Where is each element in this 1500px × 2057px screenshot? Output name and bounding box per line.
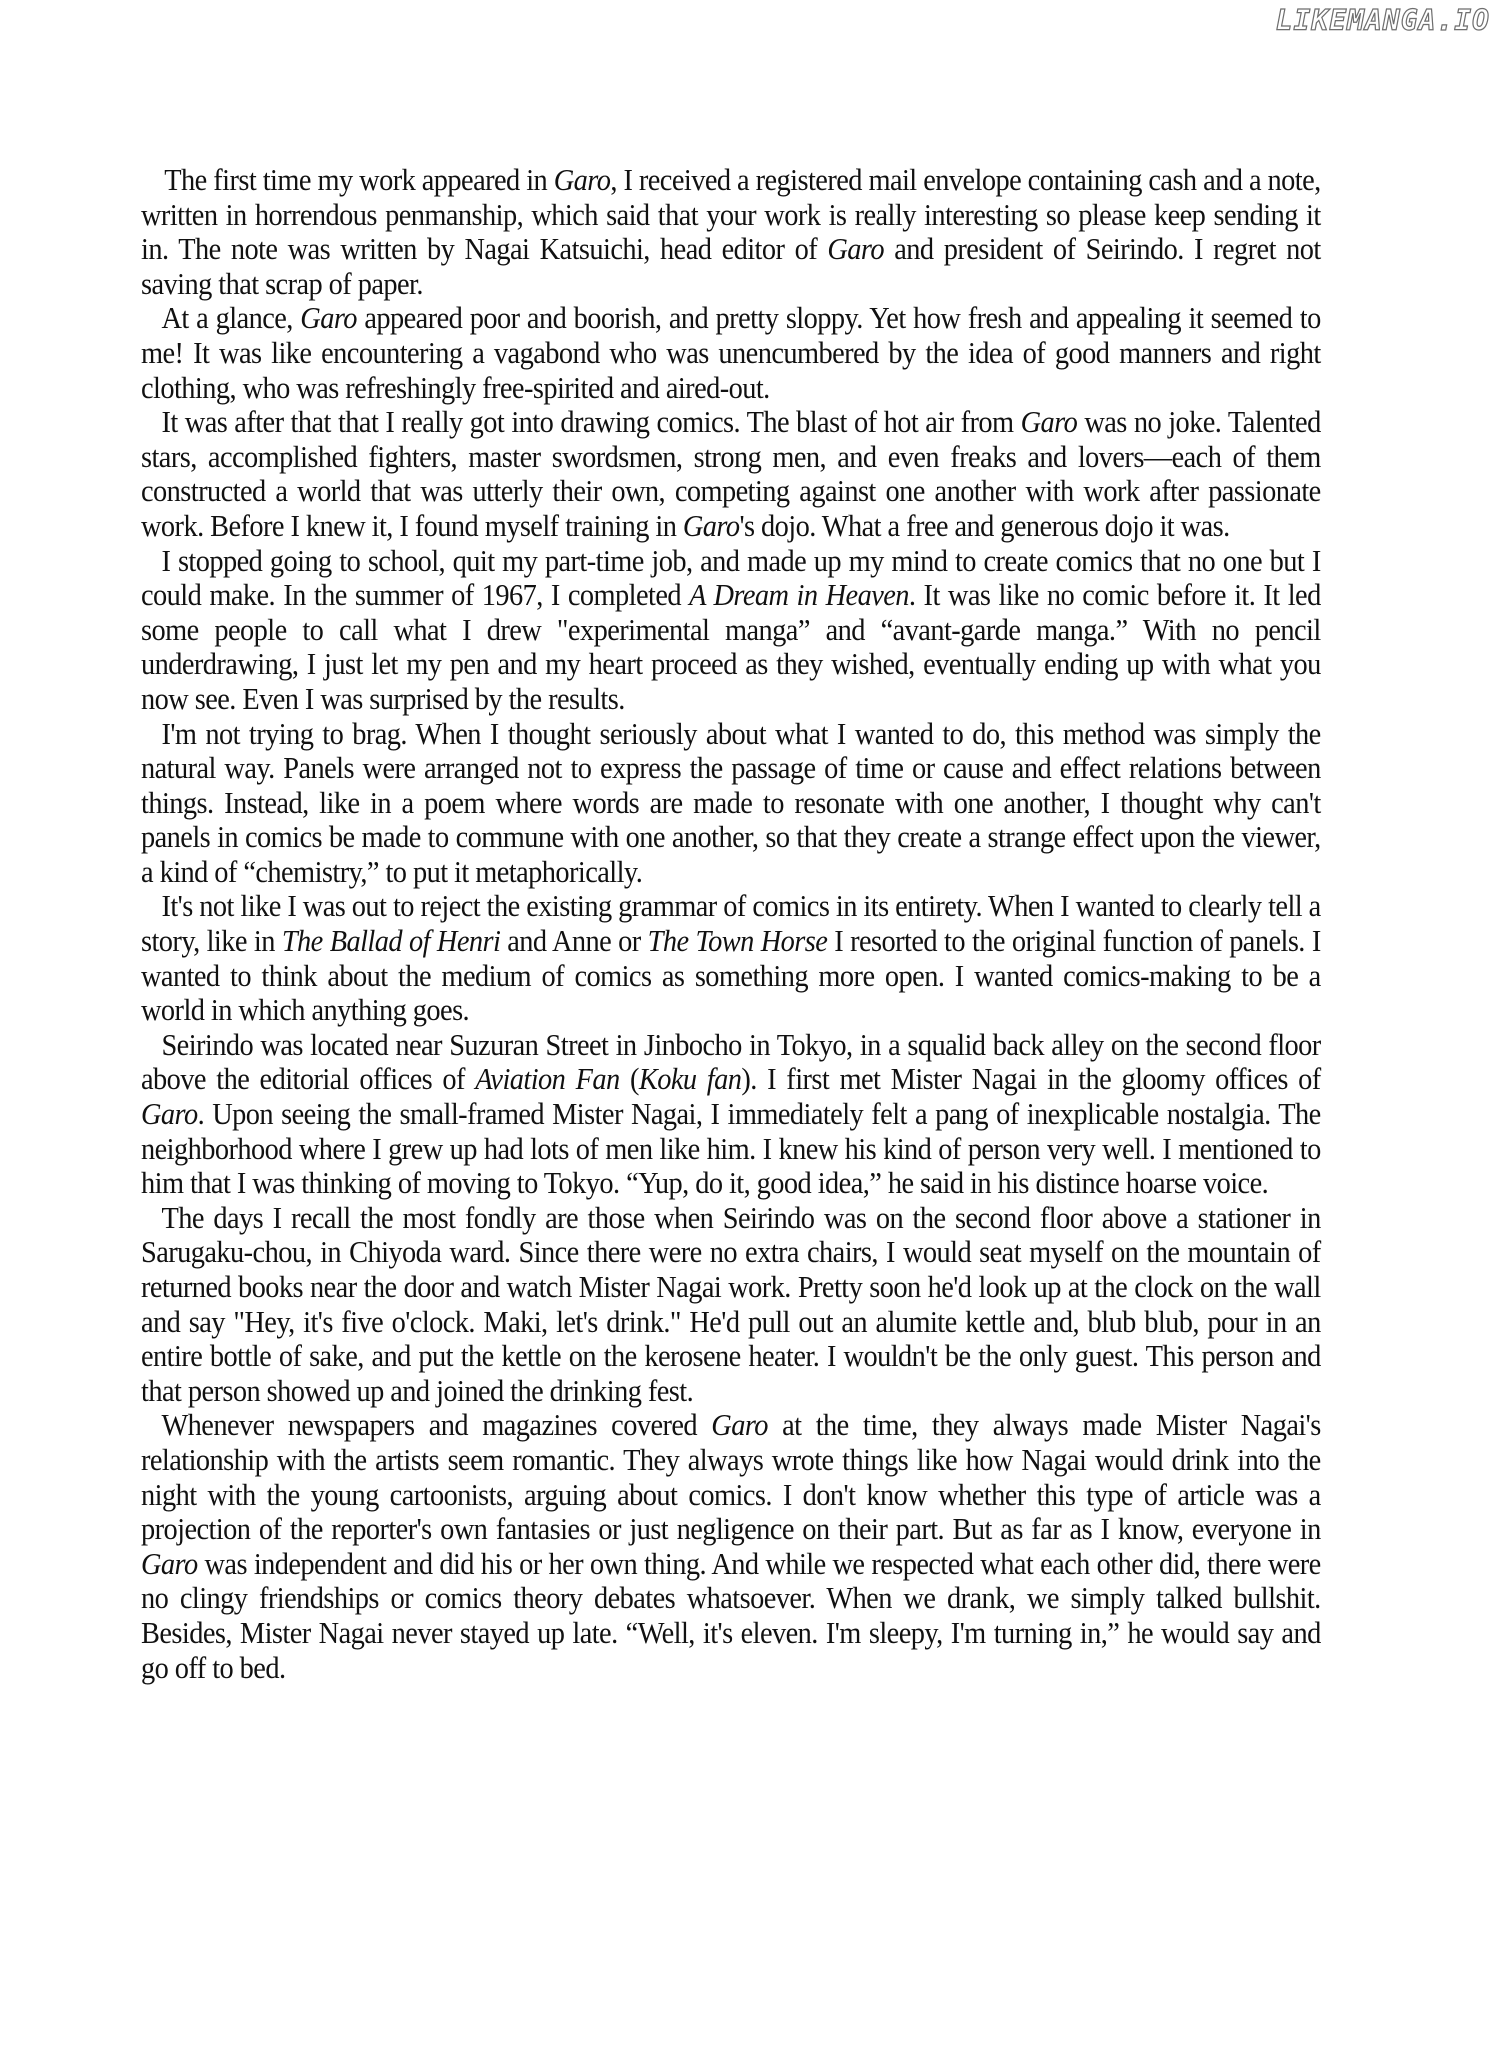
paragraph: At a glance, Garo appeared poor and boor… xyxy=(141,301,1321,405)
paragraph: Seirindo was located near Suzuran Street… xyxy=(141,1028,1321,1201)
text-run: I'm not trying to brag. When I thought s… xyxy=(141,717,1321,889)
italic-title: Garo xyxy=(300,301,357,335)
paragraph: The days I recall the most fondly are th… xyxy=(141,1201,1321,1409)
paragraph: It was after that that I really got into… xyxy=(141,405,1321,543)
italic-title: Garo xyxy=(141,1097,198,1131)
italic-title: Garo xyxy=(827,232,884,266)
text-run: 's dojo. What a free and generous dojo i… xyxy=(739,509,1229,543)
text-run: The first time my work appeared in xyxy=(164,163,553,197)
italic-title: Garo xyxy=(1021,405,1078,439)
text-run: and Anne or xyxy=(500,924,647,958)
text-run: The days I recall the most fondly are th… xyxy=(141,1201,1321,1408)
italic-title: Koku fan xyxy=(639,1062,742,1096)
paragraph: The first time my work appeared in Garo,… xyxy=(141,163,1321,301)
italic-title: Garo xyxy=(683,509,740,543)
italic-title: Aviation Fan xyxy=(475,1062,619,1096)
text-run: was independent and did his or her own t… xyxy=(141,1547,1321,1685)
text-run: Whenever newspapers and magazines covere… xyxy=(161,1408,711,1442)
text-run: It was after that that I really got into… xyxy=(161,405,1020,439)
site-watermark: LIKEMANGA.IO xyxy=(1276,4,1490,37)
italic-title: Garo xyxy=(554,163,611,197)
text-run: At a glance, xyxy=(161,301,300,335)
italic-title: Garo xyxy=(711,1408,768,1442)
text-run: . Upon seeing the small-framed Mister Na… xyxy=(141,1097,1321,1200)
text-run: ). I first met Mister Nagai in the gloom… xyxy=(741,1062,1320,1096)
paragraph: I'm not trying to brag. When I thought s… xyxy=(141,717,1321,890)
paragraph: I stopped going to school, quit my part-… xyxy=(141,544,1321,717)
paragraph: It's not like I was out to reject the ex… xyxy=(141,889,1321,1027)
italic-title: The Town Horse xyxy=(648,924,828,958)
italic-title: Garo xyxy=(141,1547,198,1581)
paragraph: Whenever newspapers and magazines covere… xyxy=(141,1408,1321,1685)
text-run: ( xyxy=(620,1062,639,1096)
italic-title: The Ballad of Henri xyxy=(282,924,500,958)
document-body: The first time my work appeared in Garo,… xyxy=(141,163,1321,1685)
italic-title: A Dream in Heaven xyxy=(689,578,909,612)
